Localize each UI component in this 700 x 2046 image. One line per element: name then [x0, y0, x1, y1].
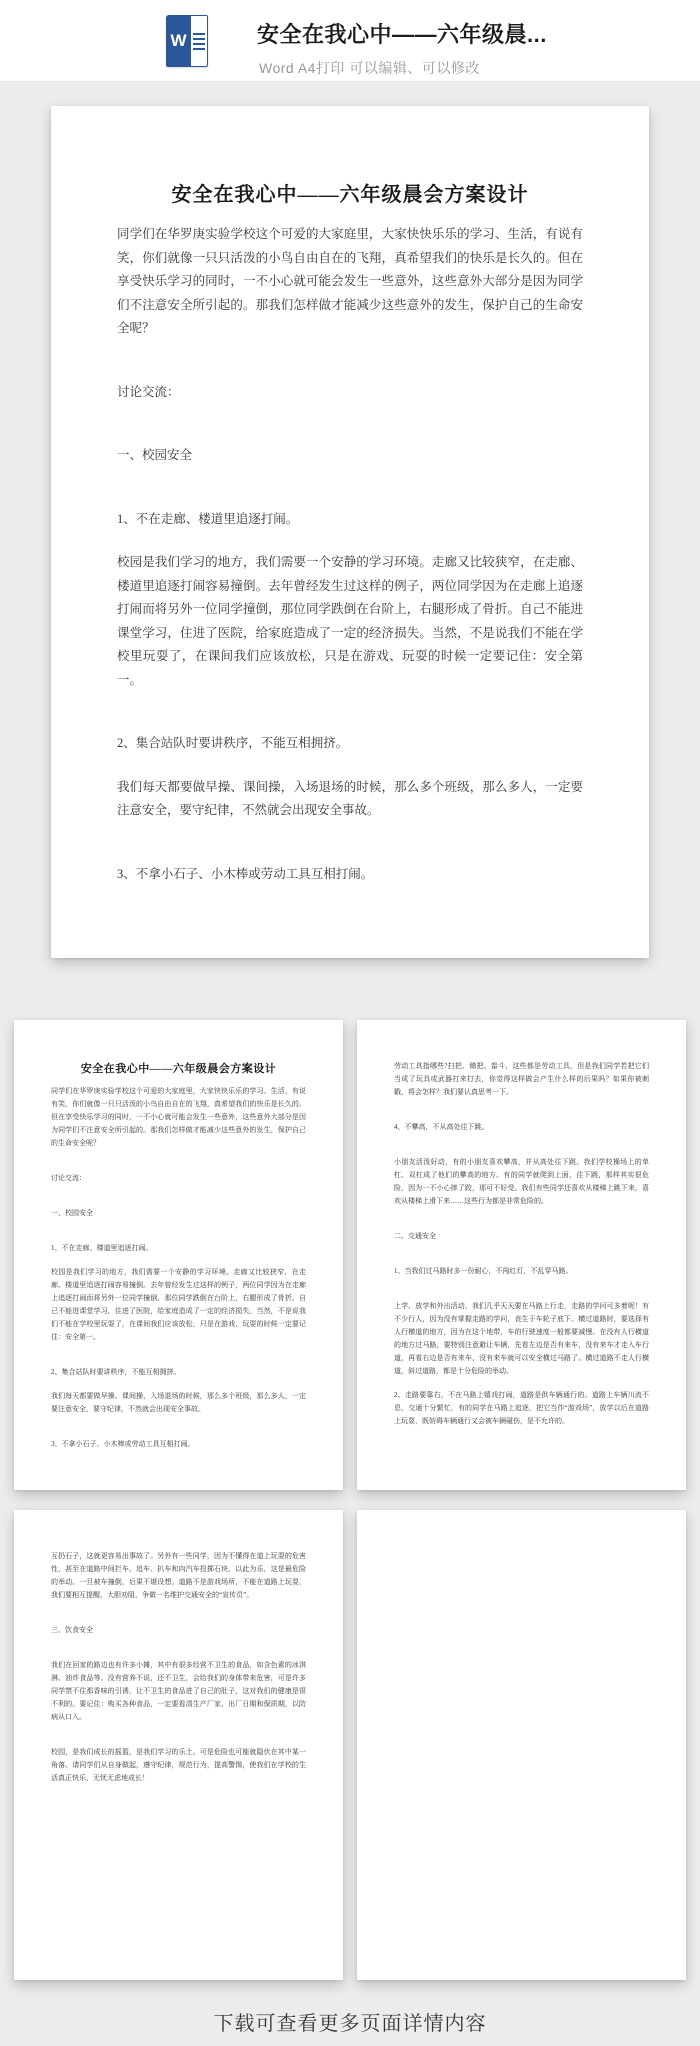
- thumbnail-page-3-content: 互扔石子，这就更容易出事故了。另外有一些同学，因为不懂得在道上玩耍的危害性，甚至…: [51, 1550, 306, 1785]
- thumbnail-page-2-content: 劳动工具指哪些?扫把、锄把、畚斗，这些都是劳动工具，但是我们同学若把它们当成了玩…: [394, 1060, 649, 1428]
- doc-list-item: 1、不在走廊、楼道里追逐打闹。: [51, 1242, 306, 1255]
- download-hint-text: 下载可查看更多页面详情内容: [214, 2007, 487, 2036]
- doc-section-heading: 三、饮食安全: [51, 1624, 306, 1637]
- doc-paragraph: 我们每天都要做早操、课间操，入场退场的时候，那么多个班级，那么多人，一定要注意安…: [51, 1390, 306, 1416]
- thumbnail-page-1-content: 同学们在华罗庚实验学校这个可爱的大家庭里，大家快快乐乐的学习、生活，有说有笑，你…: [51, 1085, 306, 1451]
- document-preview-page-1[interactable]: 安全在我心中——六年级晨会方案设计 同学们在华罗庚实验学校这个可爱的大家庭里，大…: [51, 106, 649, 958]
- word-icon-page: [191, 15, 208, 67]
- footer: 下载可查看更多页面详情内容: [0, 1996, 700, 2046]
- doc-paragraph: 小朋友活泼好动，有的小朋友喜欢攀高，并从高处往下跳。我们学校操场上的单杠、双杠成…: [394, 1156, 649, 1208]
- thumbnail-page-4[interactable]: [357, 1510, 686, 1980]
- page-title: 安全在我心中——六年级晨会方案设计: [117, 178, 583, 207]
- doc-paragraph: 我们每天都要做早操、课间操，入场退场的时候，那么多个班级，那么多人，一定要注意安…: [117, 776, 583, 823]
- page-1-content: 同学们在华罗庚实验学校这个可爱的大家庭里，大家快快乐乐的学习、生活，有说有笑，你…: [117, 223, 583, 886]
- doc-list-item: 3、不拿小石子、小木棒或劳动工具互相打闹。: [117, 863, 583, 887]
- doc-list-item: 2、集合站队时要讲秩序，不能互相拥挤。: [51, 1366, 306, 1379]
- doc-paragraph: 校园是我们学习的地方，我们需要一个安静的学习环境。走廊又比较狭窄，在走廊、楼道里…: [117, 551, 583, 692]
- doc-paragraph: 我们在回家的路边也有许多小摊，其中有很多经营不卫生的食品，如含色素的冰淇淋、油炸…: [51, 1659, 306, 1724]
- word-file-icon: W: [166, 15, 208, 67]
- word-icon-letter: W: [166, 15, 191, 67]
- thumbnail-page-title: 安全在我心中——六年级晨会方案设计: [51, 1060, 306, 1076]
- doc-paragraph: 互扔石子，这就更容易出事故了。另外有一些同学，因为不懂得在道上玩耍的危害性，甚至…: [51, 1550, 306, 1602]
- doc-list-item: 1、当我们过马路时多一份耐心，不闯红灯，不乱穿马路。: [394, 1265, 649, 1278]
- doc-section-heading: 一、校园安全: [117, 444, 583, 468]
- doc-label: 讨论交流：: [117, 381, 583, 405]
- doc-paragraph: 2、走路要靠右，不在马路上嬉戏打闹，道路是供车辆通行的。道路上车辆川流不息，交通…: [394, 1389, 649, 1428]
- thumbnail-page-3[interactable]: 互扔石子，这就更容易出事故了。另外有一些同学，因为不懂得在道上玩耍的危害性，甚至…: [14, 1510, 343, 1980]
- doc-label: 讨论交流：: [51, 1172, 306, 1185]
- page-thumbnail-grid: 安全在我心中——六年级晨会方案设计 同学们在华罗庚实验学校这个可爱的大家庭里，大…: [14, 1020, 686, 1980]
- doc-list-item: 4、不攀高，不从高处往下跳。: [394, 1121, 649, 1134]
- doc-section-heading: 二、交通安全: [394, 1230, 649, 1243]
- doc-paragraph: 同学们在华罗庚实验学校这个可爱的大家庭里，大家快快乐乐的学习、生活，有说有笑，你…: [117, 223, 583, 341]
- doc-list-item: 2、集合站队时要讲秩序，不能互相拥挤。: [117, 732, 583, 756]
- doc-paragraph: 校园，是我们成长的摇篮，是我们学习的乐土。可是危险也可能就隐伏在其中某一角落。请…: [51, 1746, 306, 1785]
- doc-list-item: 3、不拿小石子、小木棒或劳动工具互相打闹。: [51, 1438, 306, 1451]
- doc-paragraph: 同学们在华罗庚实验学校这个可爱的大家庭里，大家快快乐乐的学习、生活，有说有笑，你…: [51, 1085, 306, 1150]
- document-format-subtitle: Word A4打印 可以编辑、可以修改: [259, 58, 480, 78]
- doc-paragraph: 上学、放学和外出活动，我们几乎天天要在马路上行走，走路的学问可多着呢！有不少行人…: [394, 1300, 649, 1378]
- doc-paragraph: 校园是我们学习的地方，我们需要一个安静的学习环境。走廊又比较狭窄，在走廊、楼道里…: [51, 1266, 306, 1344]
- document-title-truncated: 安全在我心中——六年级晨...: [257, 18, 677, 49]
- doc-section-heading: 一、校园安全: [51, 1207, 306, 1220]
- doc-paragraph: 劳动工具指哪些?扫把、锄把、畚斗，这些都是劳动工具，但是我们同学若把它们当成了玩…: [394, 1060, 649, 1099]
- thumbnail-page-1[interactable]: 安全在我心中——六年级晨会方案设计 同学们在华罗庚实验学校这个可爱的大家庭里，大…: [14, 1020, 343, 1490]
- thumbnail-page-2[interactable]: 劳动工具指哪些?扫把、锄把、畚斗，这些都是劳动工具，但是我们同学若把它们当成了玩…: [357, 1020, 686, 1490]
- header-bar: W 安全在我心中——六年级晨... Word A4打印 可以编辑、可以修改: [0, 0, 700, 82]
- doc-list-item: 1、不在走廊、楼道里追逐打闹。: [117, 508, 583, 532]
